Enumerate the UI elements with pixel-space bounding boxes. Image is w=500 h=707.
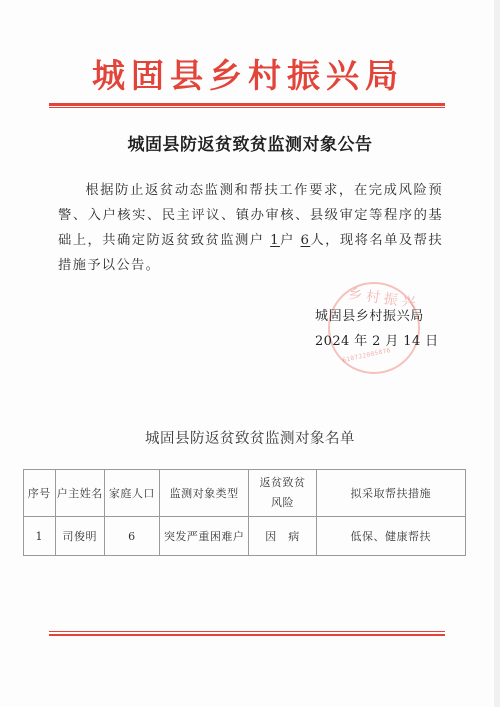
col-header-family-size: 家庭人口 (104, 470, 159, 517)
masthead-red-rule (49, 103, 445, 109)
red-rule-thick (49, 103, 445, 106)
household-count: 1 (270, 233, 280, 248)
col-header-head-name: 户主姓名 (55, 470, 104, 517)
red-rule-thin (49, 631, 445, 632)
cell-measures: 低保、健康帮扶 (316, 517, 465, 556)
cell-risk: 因 病 (249, 517, 316, 556)
table-header-row: 序号 户主姓名 家庭人口 监测对象类型 返贫致贫 风险 拟采取帮扶措施 (24, 470, 466, 517)
col-header-index: 序号 (24, 470, 56, 517)
col-header-risk-line1: 返贫致贫 (259, 476, 305, 489)
footer-red-rule (49, 631, 445, 637)
notice-title: 城固县防返贫致贫监测对象公告 (0, 130, 500, 155)
signature-organization: 城固县乡村振兴局 (315, 305, 424, 324)
household-unit: 户 (280, 233, 295, 248)
cell-index: 1 (24, 517, 56, 556)
col-header-risk: 返贫致贫 风险 (249, 470, 316, 517)
col-header-risk-line2: 风险 (271, 496, 294, 509)
document-page: 城固县乡村振兴局 城固县防返贫致贫监测对象公告 根据防止返贫动态监测和帮扶工作要… (0, 0, 500, 707)
masthead-issuer: 城固县乡村振兴局 (48, 56, 448, 96)
col-header-risk-text: 返贫致贫 风险 (259, 473, 305, 513)
roster-title: 城固县防返贫致贫监测对象名单 (0, 427, 500, 448)
cell-monitor-type: 突发严重困难户 (159, 517, 248, 556)
notice-body: 根据防止返贫动态监测和帮扶工作要求，在完成风险预警、入户核实、民主评议、镇办审核… (58, 178, 443, 278)
red-rule-thick (49, 634, 445, 636)
red-rule-thin (49, 107, 445, 108)
cell-family-size: 6 (104, 517, 159, 556)
roster-table: 序号 户主姓名 家庭人口 监测对象类型 返贫致贫 风险 拟采取帮扶措施 1 司俊… (23, 469, 466, 556)
scan-edge (494, 0, 500, 707)
col-header-measures: 拟采取帮扶措施 (316, 470, 465, 517)
table-row: 1 司俊明 6 突发严重困难户 因 病 低保、健康帮扶 (24, 517, 466, 556)
col-header-monitor-type: 监测对象类型 (159, 470, 248, 517)
signature-date: 2024 年 2 月 14 日 (315, 330, 439, 349)
person-count: 6 (301, 233, 311, 248)
cell-head-name: 司俊明 (55, 517, 104, 556)
